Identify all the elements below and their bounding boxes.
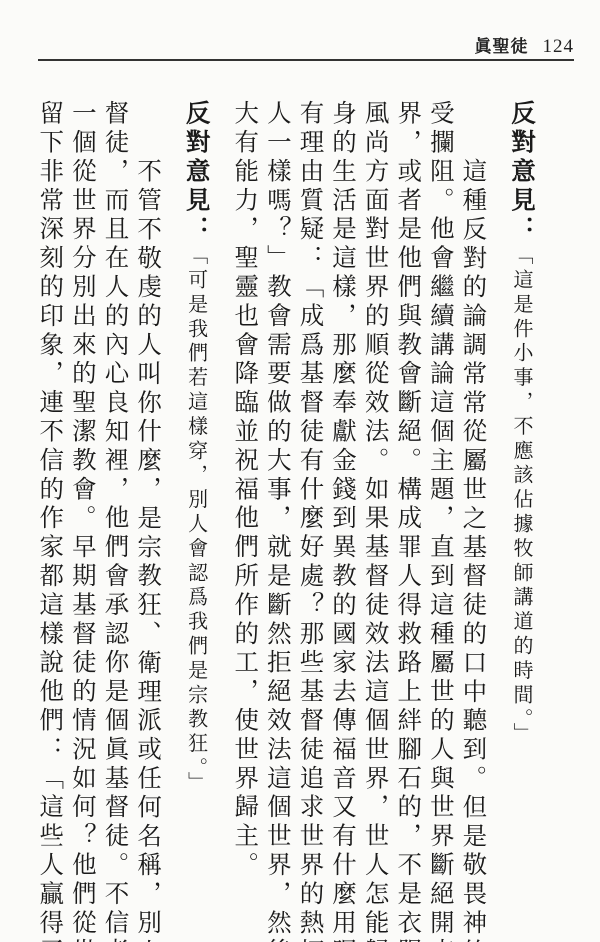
paragraph-column: 留下非常深刻的印象，連不信的作家都這樣說他們：「這些人贏得了大衆的心，因爲他 [34, 100, 67, 870]
paragraph-column: 督徒，而且在人的內心良知裡，他們會承認你是個眞基督徒。不信者根本沒有權柄蔑視 [99, 100, 132, 870]
section-heading: 反對意見：「這是件小事，不應該佔據牧師講道的時間。」 [505, 100, 538, 870]
paragraph-column: 有理由質疑：「成爲基督徒有什麼好處？那些基督徒追求世界的熱切不是和不敬畏神的 [294, 100, 327, 870]
spacer [489, 100, 505, 870]
paragraph-column: 人一樣嗎？」教會需要做的大事，就是斷然拒絕效法這個世界，然後他們向神禱告便會 [261, 100, 294, 870]
paragraph-column: 不管不敬虔的人叫你什麼，是宗教狂、衛理派或任何名稱，別人都會知道，你是基 [131, 100, 164, 870]
heading-label: 反對意見： [508, 100, 537, 245]
spacer [213, 100, 229, 870]
heading-quote: 「這是件小事，不應該佔據牧師講道的時間。」 [510, 245, 534, 747]
paragraph-column: 大有能力，聖靈也會降臨並祝福他們所作的工，使世界歸主。 [229, 100, 262, 870]
paragraph-column: 風尚方面對世界的順從效法。如果基督徒效法這個世界，世人怎能歸主呢？當基督徒本 [359, 100, 392, 870]
heading-quote: 「可是我們若這樣穿，別人會認爲我們是宗教狂。」 [185, 245, 209, 796]
section-heading: 反對意見：「可是我們若這樣穿，別人會認爲我們是宗教狂。」 [180, 100, 213, 870]
paragraph-column: 身的生活是這樣，那麼奉獻金錢到異教的國家去傳福音又有什麼用呢？那些異教徒確實 [326, 100, 359, 870]
book-title: 眞聖徒 [475, 37, 529, 57]
paragraph-column: 這種反對的論調常常從屬世之基督徒的口中聽到。但是敬畏神的傳道人不會因此而 [457, 100, 490, 870]
page-number: 124 [543, 36, 575, 57]
paragraph-column: 一個從世界分別出來的聖潔教會。早期基督徒的情況如何？他們從世界分別出來，讓人 [66, 100, 99, 870]
page-body: 反對意見：「這是件小事，不應該佔據牧師講道的時間。」 這種反對的論調常常從屬世之… [34, 100, 538, 870]
header-rule [38, 59, 574, 61]
spacer [164, 100, 180, 870]
paragraph-column: 界，或者是他們與教會斷絕。構成罪人得救路上絆腳石的，不是衣服本身，而是在衣著、 [392, 100, 425, 870]
heading-label: 反對意見： [183, 100, 212, 245]
paragraph-column: 受攔阻。他會繼續講論這個主題，直到這種屬世的人與世界斷絕開來，不再效法這個世 [424, 100, 457, 870]
running-head: 眞聖徒124 [475, 32, 575, 58]
